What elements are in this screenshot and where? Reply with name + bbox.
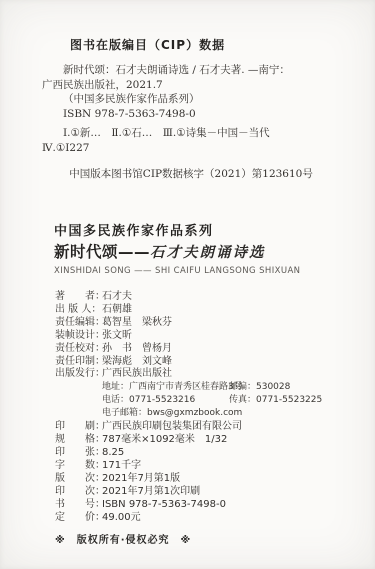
printing-row-price: 定 价：49.00元 [55, 512, 355, 525]
colophon-value: 广西民族印刷包装集团有限公司 [102, 421, 242, 434]
colophon-block: 著 者：石才夫 出 版 人：石朝雄 责任编辑：葛智星 梁秋芬 装帧设计：张文昕 … [55, 291, 355, 525]
title-block: 中国多民族作家作品系列 新时代颂——石才夫朗诵诗选 XINSHIDAI SONG… [54, 224, 354, 276]
contact-row-email: 电子邮箱：bws@gxmzbook.com [102, 407, 355, 420]
book-title-main: 新时代颂—— [54, 243, 150, 261]
cip-block: 图书在版编目（CIP）数据 新时代颂：石才夫朗诵诗选 / 石才夫著. —南宁： … [42, 36, 352, 182]
publisher-contact-block: 地址：广西南宁市青秀区桂春路3号邮编：530028 电话：0771-552321… [55, 381, 355, 420]
cip-entry-line: 广西民族出版社，2021.7 [42, 78, 352, 93]
colophon-row-designer: 装帧设计：张文昕 [55, 330, 355, 343]
colophon-label: 责任印制： [55, 356, 102, 369]
printing-row-impression: 印 次：2021年7月第1次印刷 [55, 486, 355, 499]
contact-row-address: 地址：广西南宁市青秀区桂春路3号邮编：530028 [102, 381, 355, 394]
colophon-label: 字 数： [55, 460, 102, 473]
cip-header: 图书在版编目（CIP）数据 [70, 36, 352, 53]
colophon-value: 孙 书 曾杨月 [102, 343, 172, 356]
cip-classification-line: Ⅰ.①新… Ⅱ.①石… Ⅲ.①诗集－中国－当代 [42, 126, 352, 141]
colophon-value: 787毫米×1092毫米 1/32 [102, 434, 227, 447]
colophon-label: 定 价： [55, 512, 102, 525]
colophon-value: 2021年7月第1次印刷 [102, 486, 200, 499]
colophon-label: 著 者： [55, 291, 102, 304]
printing-row-format: 规 格：787毫米×1092毫米 1/32 [55, 434, 355, 447]
cip-entry-line: 新时代颂：石才夫朗诵诗选 / 石才夫著. —南宁： [42, 63, 352, 78]
copyright-notice: ※ 版权所有·侵权必究 ※ [55, 531, 191, 546]
colophon-label: 装帧设计： [55, 330, 102, 343]
colophon-value: 梁海彪 刘文峰 [102, 356, 172, 369]
colophon-value: 2021年7月第1版 [102, 473, 180, 486]
book-copyright-page: 图书在版编目（CIP）数据 新时代颂：石才夫朗诵诗选 / 石才夫著. —南宁： … [0, 0, 375, 569]
colophon-value: ISBN 978-7-5363-7498-0 [102, 499, 226, 512]
cip-classification-line: Ⅳ.①I227 [42, 141, 352, 156]
colophon-label: 规 格： [55, 434, 102, 447]
colophon-label: 书 号： [55, 499, 102, 512]
colophon-label: 出 版 人： [55, 304, 102, 317]
printing-row-printer: 印 刷：广西民族印刷包装集团有限公司 [55, 421, 355, 434]
colophon-value: 49.00元 [102, 512, 141, 525]
colophon-row-publisher-person: 出 版 人：石朝雄 [55, 304, 355, 317]
contact-row-phone: 电话：0771-5523216传真：0771-5523225 [102, 394, 355, 407]
series-title: 中国多民族作家作品系列 [54, 224, 354, 240]
colophon-row-proofreader: 责任校对：孙 书 曾杨月 [55, 343, 355, 356]
printing-info-block: 印 刷：广西民族印刷包装集团有限公司 规 格：787毫米×1092毫米 1/32… [55, 421, 355, 524]
printing-row-wordcount: 字 数：171千字 [55, 460, 355, 473]
colophon-value: 广西民族出版社 [102, 368, 172, 381]
contact-address: 地址：广西南宁市青秀区桂春路3号 [102, 381, 229, 394]
contact-phone: 电话：0771-5523216 [102, 394, 229, 407]
book-title-pinyin: XINSHIDAI SONG —— SHI CAIFU LANGSONG SHI… [54, 266, 354, 276]
colophon-row-publisher: 出版发行：广西民族出版社 [55, 368, 355, 381]
colophon-value: 石才夫 [102, 291, 132, 304]
colophon-label: 印 次： [55, 486, 102, 499]
colophon-label: 印 张： [55, 447, 102, 460]
contact-email: 电子邮箱：bws@gxmzbook.com [102, 407, 229, 420]
book-title-script: 石才夫朗诵诗选 [150, 244, 266, 261]
colophon-label: 责任校对： [55, 343, 102, 356]
colophon-value: 葛智星 梁秋芬 [102, 317, 172, 330]
colophon-label: 印 刷： [55, 421, 102, 434]
printing-row-sheets: 印 张：8.25 [55, 447, 355, 460]
colophon-row-author: 著 者：石才夫 [55, 291, 355, 304]
colophon-row-print-supervisor: 责任印制：梁海彪 刘文峰 [55, 356, 355, 369]
cip-isbn-line: ISBN 978-7-5363-7498-0 [42, 107, 352, 122]
printing-row-isbn: 书 号：ISBN 978-7-5363-7498-0 [55, 499, 355, 512]
colophon-row-editor: 责任编辑：葛智星 梁秋芬 [55, 317, 355, 330]
colophon-value: 张文昕 [102, 330, 132, 343]
contact-postcode: 邮编：530028 [229, 381, 290, 394]
book-title: 新时代颂——石才夫朗诵诗选 [54, 242, 354, 263]
colophon-label: 出版发行： [55, 368, 102, 381]
colophon-label: 版 次： [55, 473, 102, 486]
cip-record-number: 中国版本图书馆CIP数据核字（2021）第123610号 [42, 167, 352, 182]
colophon-value: 171千字 [102, 460, 141, 473]
contact-fax: 传真：0771-5523225 [229, 394, 322, 407]
printing-row-edition: 版 次：2021年7月第1版 [55, 473, 355, 486]
colophon-label: 责任编辑： [55, 317, 102, 330]
cip-entry-line: （中国多民族作家作品系列） [42, 92, 352, 107]
colophon-value: 8.25 [102, 447, 124, 460]
colophon-value: 石朝雄 [102, 304, 132, 317]
